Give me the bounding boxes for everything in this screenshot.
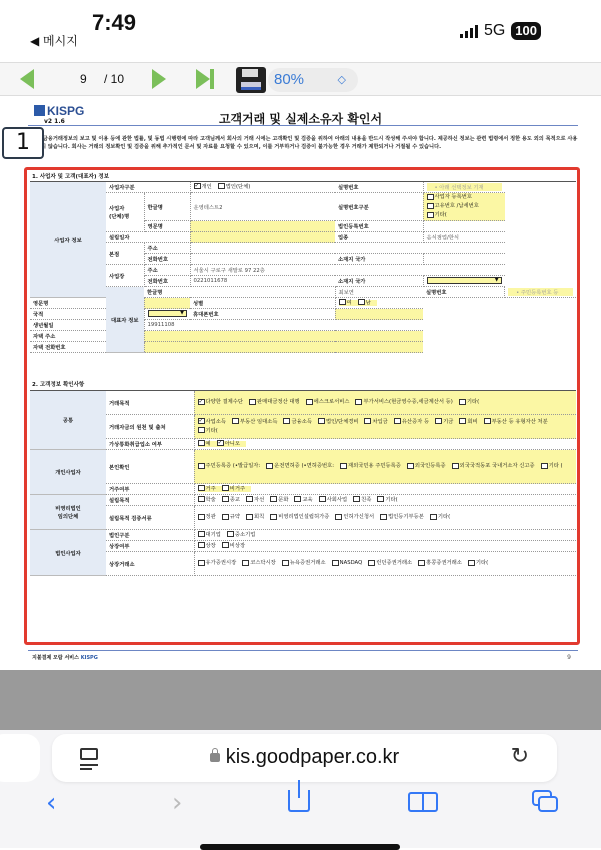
annotation-badge: 1 — [2, 127, 44, 159]
status-bar: 7:49 ◀ 메시지 5G 100 — [0, 0, 601, 62]
zoom-value: 80% — [274, 71, 304, 88]
home-indicator — [200, 844, 400, 848]
back-to-messages[interactable]: ◀ 메시지 — [30, 32, 78, 49]
previous-tab-peek[interactable] — [0, 734, 40, 782]
bookmarks-icon[interactable] — [408, 792, 438, 812]
tabs-icon[interactable] — [532, 790, 560, 814]
save-icon[interactable] — [236, 67, 266, 93]
intro-text: ※ 금융거래정보의 보고 및 이용 등에 관한 법률, 및 동법 시행령에 따라… — [36, 135, 581, 151]
clock: 7:49 — [92, 10, 136, 36]
share-icon[interactable] — [288, 790, 310, 812]
reload-icon[interactable]: ↻ — [511, 744, 529, 769]
forward-icon[interactable]: › — [172, 788, 182, 818]
highlight-box — [24, 167, 580, 645]
next-page-icon[interactable] — [152, 69, 166, 89]
network-type: 5G — [484, 22, 505, 40]
zoom-select[interactable]: 80% ◇ — [268, 68, 358, 92]
prev-page-icon[interactable] — [20, 69, 34, 89]
last-page-icon[interactable] — [196, 69, 214, 89]
viewer-background — [0, 670, 601, 730]
back-icon[interactable]: ‹ — [46, 788, 56, 818]
signal-icon — [460, 24, 478, 38]
document-page: KISPG v2 1.6 고객거래 및 실제소유자 확인서 ※ 금융거래정보의 … — [0, 97, 601, 670]
page-number: 9 — [567, 654, 571, 661]
battery-icon: 100 — [511, 22, 541, 40]
footer-text: 지불결제 모람 서비스 KISPG — [32, 654, 98, 661]
address-bar[interactable]: kis.goodpaper.co.kr ↻ — [52, 734, 557, 782]
page-total: / 10 — [104, 72, 124, 86]
current-page[interactable]: 9 — [80, 72, 87, 86]
pdf-viewer-toolbar: 9 / 10 80% ◇ — [0, 62, 601, 96]
browser-chrome: kis.goodpaper.co.kr ↻ ‹ › — [0, 730, 601, 848]
chevron-updown-icon: ◇ — [338, 68, 346, 92]
lock-icon — [210, 753, 220, 762]
url-text[interactable]: kis.goodpaper.co.kr — [226, 746, 399, 768]
